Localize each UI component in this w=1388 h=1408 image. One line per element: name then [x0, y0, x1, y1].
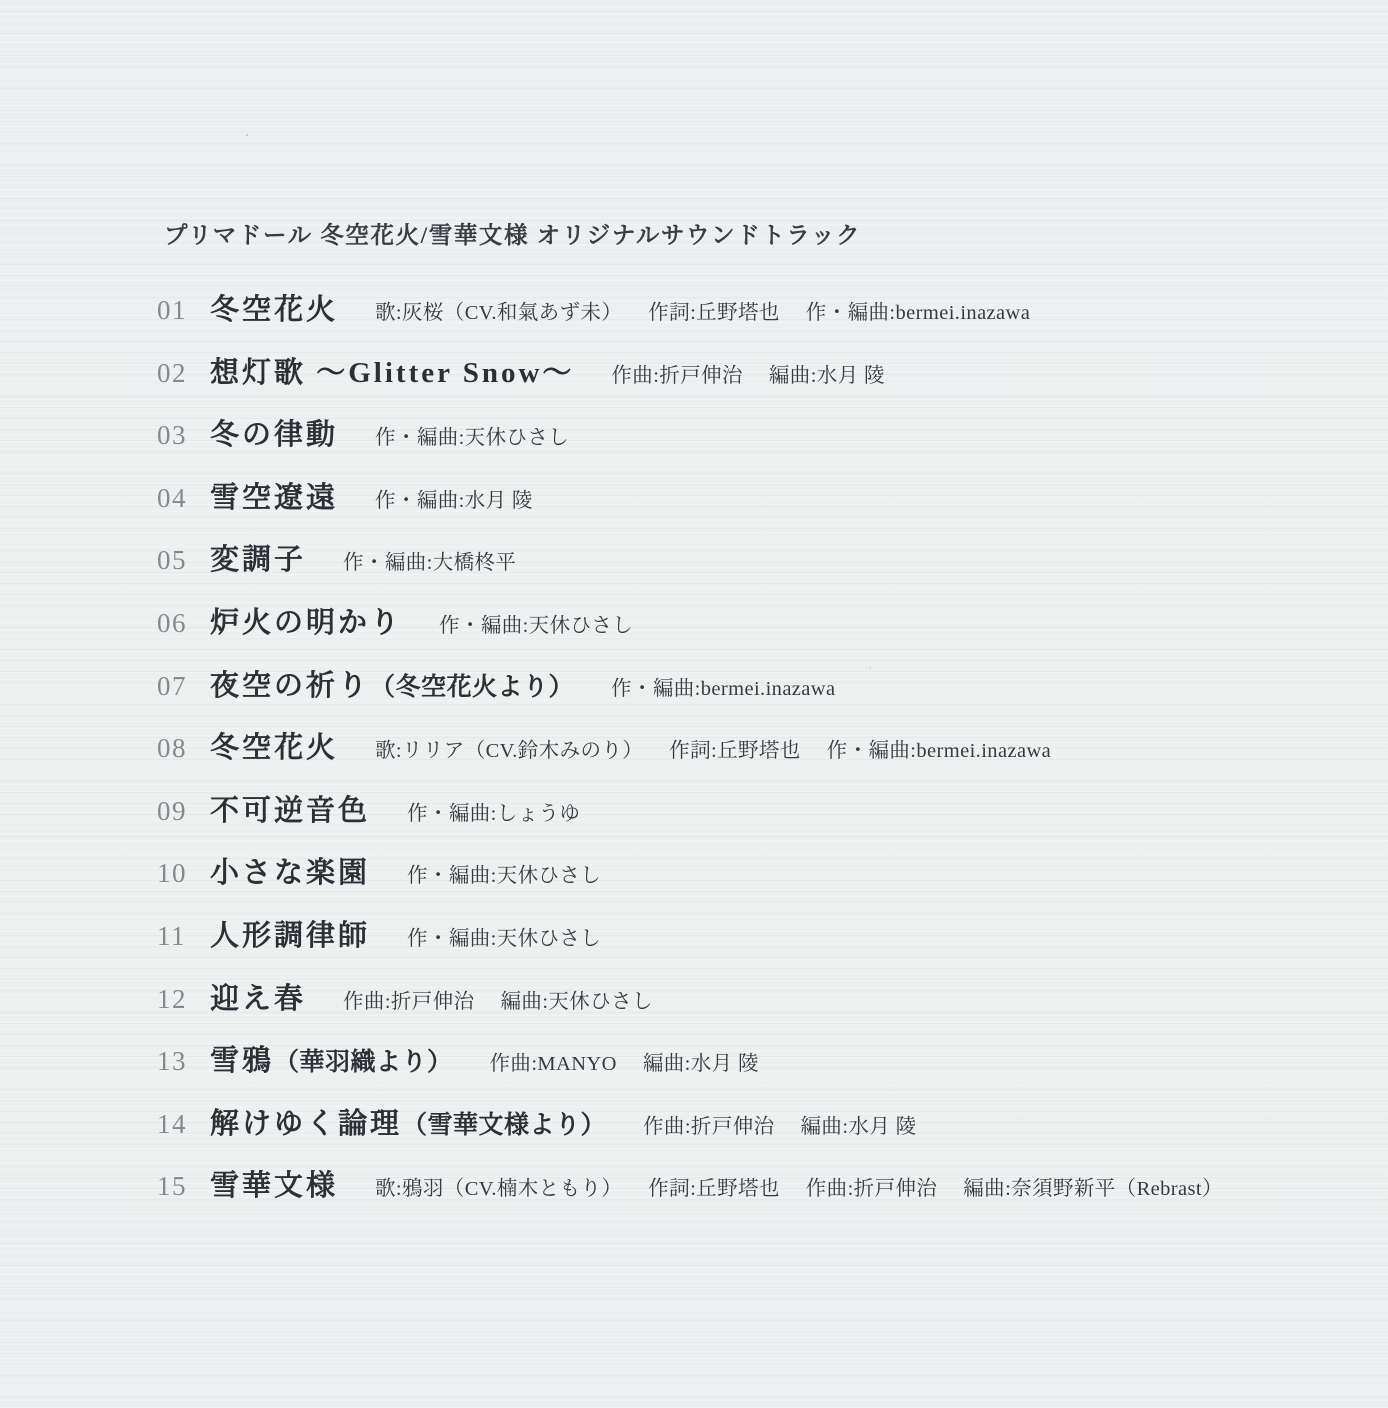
credit-segment: 作・編曲:天休ひさし [439, 608, 633, 638]
credit-segment: 編曲:奈須野新平（Rebrast） [963, 1171, 1223, 1201]
track-number: 13 [157, 1046, 210, 1077]
album-title: プリマドール 冬空花火/雪華文様 オリジナルサウンドトラック [164, 216, 861, 250]
track-credits: 作・編曲:bermei.inazawa [611, 671, 835, 701]
credit-segment: 作詞:丘野塔也 [648, 295, 780, 325]
track-title: 冬空花火 [210, 287, 338, 328]
credit-segment: 編曲:水月 陵 [801, 1109, 917, 1139]
track-row: 09 不可逆音色 作・編曲:しょうゆ [157, 788, 1337, 851]
track-number: 05 [157, 545, 210, 576]
track-number: 11 [157, 921, 210, 952]
track-row: 03 冬の律動 作・編曲:天休ひさし [157, 412, 1337, 475]
track-credits: 作・編曲:天休ひさし [407, 858, 601, 888]
track-title: 解けゆく論理 [210, 1101, 402, 1142]
track-row: 11 人形調律師 作・編曲:天休ひさし [157, 913, 1337, 976]
track-credits: 歌:灰桜（CV.和氣あず未）作詞:丘野塔也作・編曲:bermei.inazawa [375, 295, 1030, 325]
track-title: 変調子 [210, 537, 306, 578]
track-list: 01 冬空花火 歌:灰桜（CV.和氣あず未）作詞:丘野塔也作・編曲:bermei… [157, 287, 1337, 1226]
track-credits: 作・編曲:大橋柊平 [343, 545, 516, 575]
track-title: 迎え春 [210, 976, 306, 1017]
credit-segment: 作・編曲:大橋柊平 [343, 545, 516, 575]
credit-segment: 作曲:折戸伸治 [643, 1109, 775, 1139]
track-row: 12 迎え春 作曲:折戸伸治編曲:天休ひさし [157, 976, 1337, 1039]
track-row: 01 冬空花火 歌:灰桜（CV.和氣あず未）作詞:丘野塔也作・編曲:bermei… [157, 287, 1337, 350]
track-number: 03 [157, 420, 210, 451]
track-title: 雪華文様 [210, 1163, 338, 1204]
track-title: 雪鴉 [210, 1038, 274, 1079]
scan-speck: ʾ [242, 131, 250, 148]
track-row: 15 雪華文様 歌:鴉羽（CV.楠木ともり）作詞:丘野塔也作曲:折戸伸治編曲:奈… [157, 1163, 1337, 1226]
track-title: 人形調律師 [210, 913, 370, 954]
credit-segment: 作曲:折戸伸治 [343, 984, 475, 1014]
track-row: 05 変調子 作・編曲:大橋柊平 [157, 537, 1337, 600]
track-number: 02 [157, 358, 210, 389]
track-credits: 作・編曲:天休ひさし [439, 608, 633, 638]
credit-segment: 歌:鴉羽（CV.楠木ともり） [375, 1171, 622, 1201]
credit-segment: 作・編曲:天休ひさし [407, 921, 601, 951]
track-credits: 作・編曲:天休ひさし [375, 420, 569, 450]
track-row: 02 想灯歌 ～Glitter Snow～ 作曲:折戸伸治編曲:水月 陵 [157, 350, 1337, 413]
track-credits: 作曲:折戸伸治編曲:水月 陵 [611, 358, 885, 388]
credit-segment: 作詞:丘野塔也 [648, 1171, 780, 1201]
credit-segment: 作・編曲:天休ひさし [407, 858, 601, 888]
track-number: 06 [157, 608, 210, 639]
track-number: 04 [157, 483, 210, 514]
track-number: 12 [157, 984, 210, 1015]
credit-segment: 作詞:丘野塔也 [669, 733, 801, 763]
credit-segment: 作・編曲:bermei.inazawa [806, 295, 1030, 325]
credit-segment: 作・編曲:bermei.inazawa [827, 733, 1051, 763]
track-row: 14 解けゆく論理 （雪華文様より） 作曲:折戸伸治編曲:水月 陵 [157, 1101, 1337, 1164]
track-credits: 作・編曲:しょうゆ [407, 796, 580, 826]
track-row: 04 雪空遼遠 作・編曲:水月 陵 [157, 475, 1337, 538]
track-title: 雪空遼遠 [210, 475, 338, 516]
track-title: 炉火の明かり [210, 600, 402, 641]
credit-segment: 作曲:折戸伸治 [806, 1171, 938, 1201]
credit-segment: 作曲:MANYO [490, 1046, 617, 1076]
track-credits: 作・編曲:水月 陵 [375, 483, 533, 513]
track-title-note: （華羽織より） [274, 1042, 453, 1078]
track-row: 10 小さな楽園 作・編曲:天休ひさし [157, 850, 1337, 913]
credit-segment: 歌:リリア（CV.鈴木みのり） [375, 733, 643, 763]
track-number: 08 [157, 733, 210, 764]
track-title: 小さな楽園 [210, 850, 370, 891]
track-credits: 歌:リリア（CV.鈴木みのり）作詞:丘野塔也作・編曲:bermei.inazaw… [375, 733, 1051, 763]
track-row: 13 雪鴉 （華羽織より） 作曲:MANYO編曲:水月 陵 [157, 1038, 1337, 1101]
credit-segment: 編曲:水月 陵 [643, 1046, 759, 1076]
track-credits: 作曲:折戸伸治編曲:天休ひさし [343, 984, 653, 1014]
track-credits: 歌:鴉羽（CV.楠木ともり）作詞:丘野塔也作曲:折戸伸治編曲:奈須野新平（Reb… [375, 1171, 1223, 1201]
credit-segment: 作・編曲:しょうゆ [407, 796, 580, 826]
track-number: 10 [157, 858, 210, 889]
credit-segment: 編曲:天休ひさし [501, 984, 653, 1014]
track-title-note: （冬空花火より） [370, 667, 574, 703]
track-title: 想灯歌 ～Glitter Snow～ [210, 350, 574, 391]
track-title: 不可逆音色 [210, 788, 370, 829]
track-number: 14 [157, 1109, 210, 1140]
credit-segment: 作・編曲:水月 陵 [375, 483, 533, 513]
track-row: 06 炉火の明かり 作・編曲:天休ひさし [157, 600, 1337, 663]
track-number: 01 [157, 295, 210, 326]
track-number: 09 [157, 796, 210, 827]
track-credits: 作・編曲:天休ひさし [407, 921, 601, 951]
track-number: 15 [157, 1171, 210, 1202]
track-row: 07 夜空の祈り （冬空花火より） 作・編曲:bermei.inazawa [157, 663, 1337, 726]
track-number: 07 [157, 671, 210, 702]
track-credits: 作曲:MANYO編曲:水月 陵 [490, 1046, 759, 1076]
credit-segment: 作曲:折戸伸治 [611, 358, 743, 388]
credit-segment: 歌:灰桜（CV.和氣あず未） [375, 295, 622, 325]
track-title: 冬空花火 [210, 725, 338, 766]
track-title: 夜空の祈り [210, 663, 370, 704]
track-title-note: （雪華文様より） [402, 1105, 606, 1141]
track-row: 08 冬空花火 歌:リリア（CV.鈴木みのり）作詞:丘野塔也作・編曲:berme… [157, 725, 1337, 788]
credit-segment: 作・編曲:天休ひさし [375, 420, 569, 450]
credit-segment: 編曲:水月 陵 [769, 358, 885, 388]
credit-segment: 作・編曲:bermei.inazawa [611, 671, 835, 701]
track-title: 冬の律動 [210, 412, 338, 453]
track-credits: 作曲:折戸伸治編曲:水月 陵 [643, 1109, 917, 1139]
